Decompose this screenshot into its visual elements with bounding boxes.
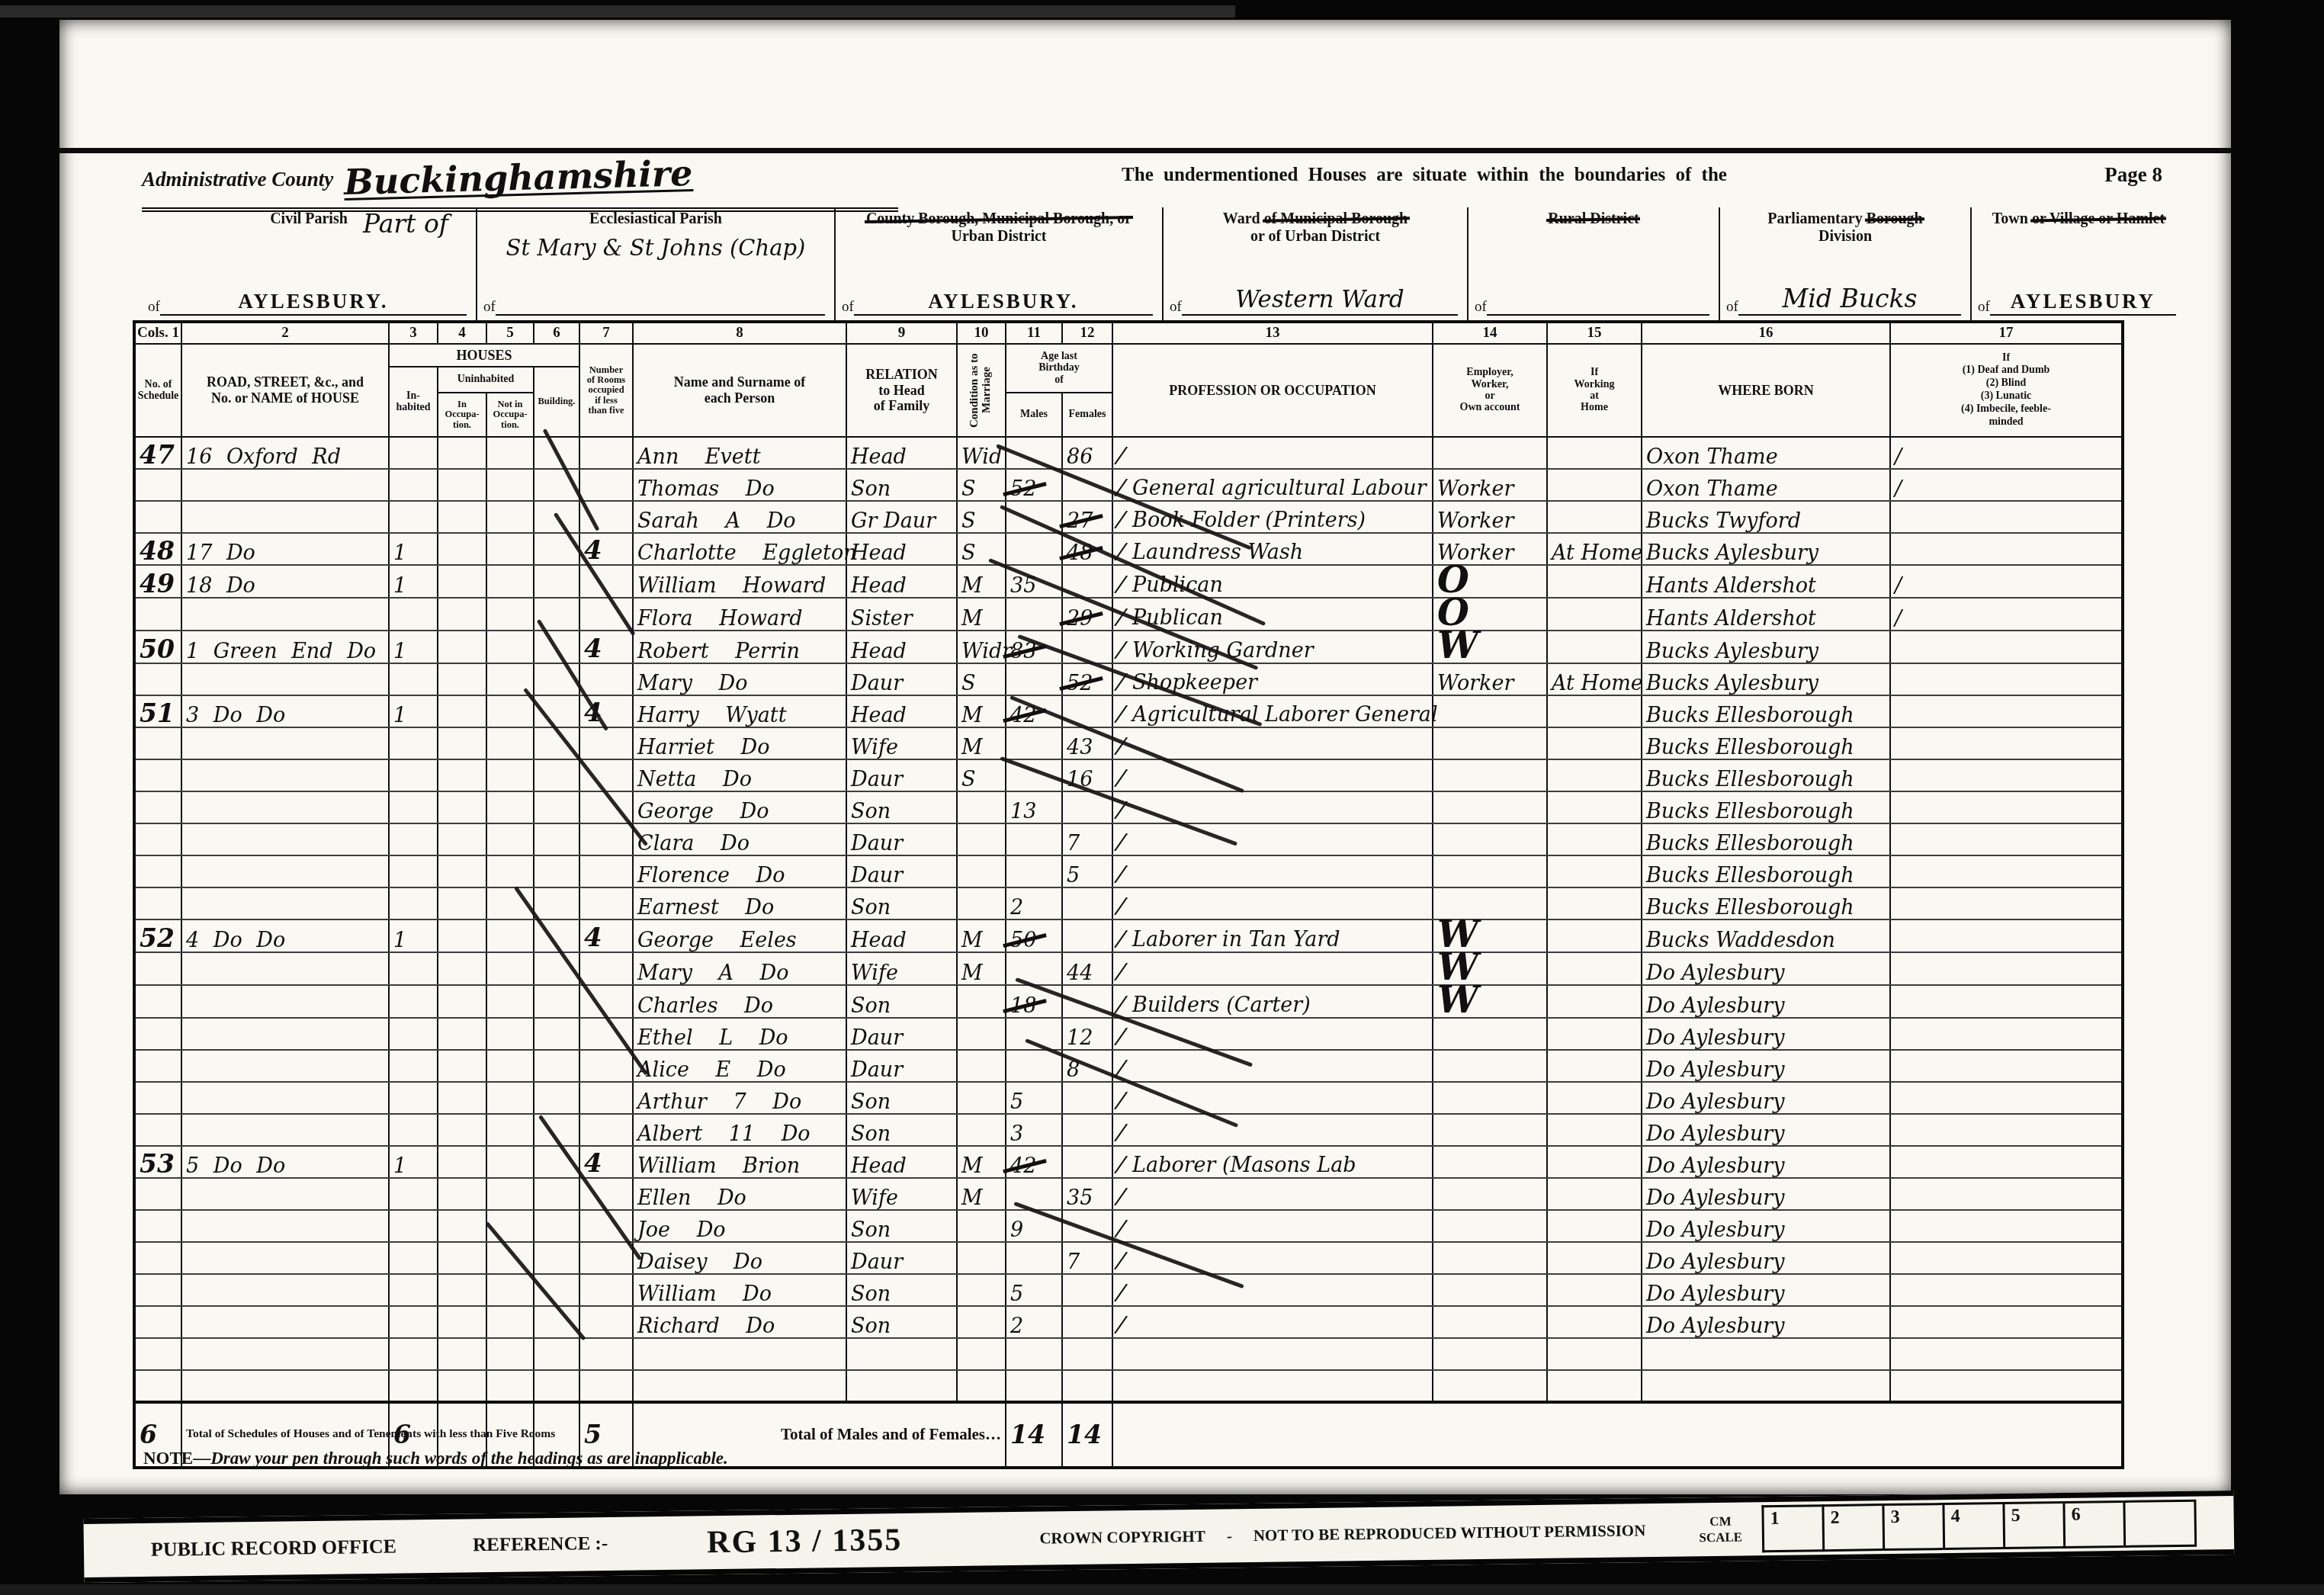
cell-age-male [1006, 1338, 1062, 1370]
cell-not-in-occupation [486, 919, 534, 952]
cell-name: William Howard [633, 565, 846, 598]
cell-infirmity: / [1890, 469, 2123, 501]
cell-where-born: Do Aylesbury [1642, 1114, 1890, 1146]
scale-mark: 6 [2062, 1500, 2123, 1548]
table-row-blank [134, 1370, 2123, 1402]
cell-inhabited [389, 791, 438, 823]
town-value: AYLESBURY [2011, 290, 2155, 313]
col-num: 15 [1547, 322, 1642, 344]
ward-label: Ward [1223, 210, 1260, 227]
cell-occupation: / [1112, 855, 1433, 887]
table-row: Arthur 7 DoSon5/Do Aylesbury [134, 1082, 2123, 1114]
cell-address: 17 Do [181, 533, 389, 565]
age-value: 3 [1010, 1122, 1023, 1146]
cell-inhabited [389, 1114, 438, 1146]
cell-infirmity [1890, 919, 2123, 952]
cell-schedule: 50 [134, 631, 181, 663]
cell-where-born: Do Aylesbury [1642, 1242, 1890, 1274]
cell-relation: Daur [846, 1242, 957, 1274]
of-label: of [483, 299, 496, 316]
cell-age-male [1006, 1050, 1062, 1082]
table-row: Netta DoDaurS16/Bucks Ellesborough [134, 759, 2123, 791]
cell-condition: Widr [957, 631, 1006, 663]
cell-infirmity [1890, 1082, 2123, 1114]
cell-condition: M [957, 695, 1006, 727]
cell-at-home [1547, 1082, 1642, 1114]
cell-in-occupation [438, 985, 486, 1018]
cell-at-home [1547, 1242, 1642, 1274]
cell-name: Thomas Do [633, 469, 846, 501]
col-num: 5 [486, 322, 534, 344]
header-females: Females [1062, 393, 1112, 437]
header-inhabited: In- habited [389, 367, 438, 437]
enumerator-tick: / [1115, 830, 1126, 854]
cell-address [181, 1242, 389, 1274]
cell-at-home [1547, 1274, 1642, 1306]
parliamentary-label: Parliamentary [1767, 210, 1862, 227]
cell-schedule [134, 1370, 181, 1402]
cell-where-born: Do Aylesbury [1642, 1018, 1890, 1050]
cell-building [534, 759, 579, 791]
table-row: William DoSon5/Do Aylesbury [134, 1274, 2123, 1306]
cell-at-home [1547, 1018, 1642, 1050]
header-at-home: If Working at Home [1547, 344, 1642, 437]
cell-at-home [1547, 1370, 1642, 1402]
cell-occupation: / [1112, 1306, 1433, 1338]
cell-not-in-occupation [486, 1338, 534, 1370]
cell-employer [1433, 1050, 1547, 1082]
cell-where-born: Hants Aldershot [1642, 565, 1890, 598]
cell-occupation [1112, 1370, 1433, 1402]
cell-rooms [579, 855, 633, 887]
cell-employer [1433, 1210, 1547, 1242]
cell-relation: Daur [846, 663, 957, 695]
enumerator-tick: / [1115, 927, 1126, 951]
cell-infirmity [1890, 1114, 2123, 1146]
of-label: of [1726, 299, 1738, 316]
age-value: 9 [1010, 1218, 1023, 1242]
cell-employer [1433, 1338, 1547, 1370]
cell-schedule: 47 [134, 437, 181, 469]
cell-where-born: Bucks Ellesborough [1642, 887, 1890, 919]
cell-in-occupation [438, 631, 486, 663]
cell-rooms [579, 952, 633, 985]
cell-not-in-occupation [486, 727, 534, 759]
cell-not-in-occupation [486, 952, 534, 985]
enumerator-tick: / [1115, 1089, 1126, 1112]
cell-in-occupation [438, 823, 486, 855]
cell-in-occupation [438, 1242, 486, 1274]
cell-infirmity [1890, 1242, 2123, 1274]
cell-age-female [1062, 1306, 1112, 1338]
cell-employer [1433, 1146, 1547, 1178]
cell-where-born: Hants Aldershot [1642, 598, 1890, 631]
cell-where-born: Do Aylesbury [1642, 1210, 1890, 1242]
cell-relation: Daur [846, 1018, 957, 1050]
cell-inhabited [389, 952, 438, 985]
of-label: of [842, 299, 854, 316]
cell-inhabited [389, 1082, 438, 1114]
cell-occupation: /Publican [1112, 598, 1433, 631]
cell-schedule [134, 1018, 181, 1050]
cell-where-born: Bucks Aylesbury [1642, 663, 1890, 695]
of-label: of [1170, 299, 1182, 316]
cell-age-female [1062, 1338, 1112, 1370]
cell-age-female: 7 [1062, 1242, 1112, 1274]
cell-schedule [134, 1178, 181, 1210]
cell-condition: M [957, 1178, 1006, 1210]
cell-not-in-occupation [486, 469, 534, 501]
cell-building [534, 1370, 579, 1402]
cell-relation: Gr Daur [846, 501, 957, 533]
table-row: Joe DoSon9/Do Aylesbury [134, 1210, 2123, 1242]
scale-mark: 3 [1883, 1503, 1944, 1551]
cell-condition [957, 1210, 1006, 1242]
cell-age-male: 42 [1006, 1146, 1062, 1178]
cell-infirmity [1890, 1178, 2123, 1210]
col-num: 16 [1642, 322, 1890, 344]
cell-employer [1433, 695, 1547, 727]
cell-schedule [134, 952, 181, 985]
cell-infirmity [1890, 759, 2123, 791]
archive-reference-strip: PUBLIC RECORD OFFICE REFERENCE :- RG 13 … [83, 1491, 2234, 1583]
cell-address [181, 1274, 389, 1306]
enumerator-tick: / [1115, 444, 1126, 467]
scale-mark: 4 [1943, 1502, 2004, 1550]
cell-relation: Head [846, 533, 957, 565]
cell-address: 5 Do Do [181, 1146, 389, 1178]
note-prefix: NOTE— [143, 1449, 210, 1468]
cell-occupation: / [1112, 887, 1433, 919]
age-value: 86 [1067, 445, 1093, 469]
cell-employer: Worker [1433, 501, 1547, 533]
cell-in-occupation [438, 952, 486, 985]
cell-at-home [1547, 823, 1642, 855]
cell-employer: Worker [1433, 469, 1547, 501]
cell-inhabited: 1 [389, 631, 438, 663]
cell-where-born: Bucks Ellesborough [1642, 791, 1890, 823]
cell-age-female: 27 [1062, 501, 1112, 533]
cell-condition [957, 985, 1006, 1018]
civil-parish-value: AYLESBURY. [238, 290, 388, 313]
cell-at-home [1547, 791, 1642, 823]
table-row: Alice E DoDaur8/Do Aylesbury [134, 1050, 2123, 1082]
cell-at-home [1547, 1210, 1642, 1242]
cell-rooms: 4 [579, 1146, 633, 1178]
cell-name: Alice E Do [633, 1050, 846, 1082]
cell-not-in-occupation [486, 759, 534, 791]
cell-address [181, 1306, 389, 1338]
cell-building [534, 887, 579, 919]
cell-occupation: /Laundress Wash [1112, 533, 1433, 565]
cell-inhabited [389, 1210, 438, 1242]
cell-condition: S [957, 469, 1006, 501]
cell-condition [957, 1114, 1006, 1146]
cell-not-in-occupation [486, 1018, 534, 1050]
cell-schedule [134, 823, 181, 855]
cell-building [534, 1338, 579, 1370]
cell-schedule [134, 1082, 181, 1114]
cell-infirmity [1890, 631, 2123, 663]
cell-rooms [579, 598, 633, 631]
cell-age-male: 5 [1006, 1274, 1062, 1306]
cell-age-female [1062, 631, 1112, 663]
cell-inhabited [389, 501, 438, 533]
cell-name: Albert 11 Do [633, 1114, 846, 1146]
census-table: Cols. 1 2 3 4 5 6 7 8 9 10 11 12 13 14 1… [133, 320, 2124, 1469]
cell-name: Charles Do [633, 985, 846, 1018]
cell-rooms [579, 501, 633, 533]
enumerator-tick: / [1115, 1025, 1126, 1048]
cell-address [181, 823, 389, 855]
cell-name: Harry Wyatt [633, 695, 846, 727]
cell-in-occupation [438, 855, 486, 887]
cell-schedule [134, 759, 181, 791]
age-value: 42 [1010, 1156, 1036, 1176]
cell-address [181, 1082, 389, 1114]
cell-condition: M [957, 919, 1006, 952]
age-value: 12 [1067, 1026, 1093, 1050]
cell-name: Richard Do [633, 1306, 846, 1338]
cell-age-female: 7 [1062, 823, 1112, 855]
struck-rural-district: Rural District [1548, 210, 1639, 227]
cell-name: Ellen Do [633, 1178, 846, 1210]
cell-address [181, 759, 389, 791]
cell-name: Harriet Do [633, 727, 846, 759]
cell-inhabited [389, 1018, 438, 1050]
civil-parish-label: Civil Parish [270, 210, 348, 227]
cell-not-in-occupation [486, 1114, 534, 1146]
cell-address [181, 663, 389, 695]
cell-relation: Wife [846, 952, 957, 985]
header-uninhabited: Uninhabited [438, 367, 534, 393]
cell-where-born: Oxon Thame [1642, 469, 1890, 501]
cell-age-male [1006, 855, 1062, 887]
cell-condition: S [957, 533, 1006, 565]
cell-age-female [1062, 887, 1112, 919]
cell-relation: Son [846, 985, 957, 1018]
cell-schedule [134, 1114, 181, 1146]
cell-schedule [134, 727, 181, 759]
cell-where-born: Bucks Twyford [1642, 501, 1890, 533]
cell-building [534, 1242, 579, 1274]
cell-in-occupation [438, 437, 486, 469]
cell-in-occupation [438, 663, 486, 695]
cell-employer [1433, 759, 1547, 791]
reference-number: RG 13 / 1355 [707, 1522, 903, 1561]
table-row: George DoSon13/Bucks Ellesborough [134, 791, 2123, 823]
cell-building [534, 1178, 579, 1210]
cell-inhabited: 1 [389, 565, 438, 598]
header-age-group: Age last Birthday of [1006, 344, 1112, 393]
cell-not-in-occupation [486, 533, 534, 565]
age-value: 44 [1067, 961, 1093, 985]
cell-age-female [1062, 1114, 1112, 1146]
cell-inhabited [389, 985, 438, 1018]
cell-age-female [1062, 1146, 1112, 1178]
cell-rooms [579, 1370, 633, 1402]
cell-age-male [1006, 727, 1062, 759]
age-value: 13 [1010, 800, 1036, 823]
struck-borough: Borough [1867, 210, 1923, 227]
cell-schedule: 51 [134, 695, 181, 727]
scale-mark-empty [2123, 1500, 2197, 1548]
cell-employer [1433, 727, 1547, 759]
cell-inhabited: 1 [389, 1146, 438, 1178]
col-num: 3 [389, 322, 438, 344]
cell-at-home [1547, 1338, 1642, 1370]
cell-age-female: 5 [1062, 855, 1112, 887]
cell-age-female: 43 [1062, 727, 1112, 759]
cell-building [534, 1050, 579, 1082]
cell-employer: W [1433, 985, 1547, 1018]
cell-in-occupation [438, 565, 486, 598]
cell-condition [957, 1274, 1006, 1306]
cell-occupation: / [1112, 1210, 1433, 1242]
cell-relation: Head [846, 565, 957, 598]
cell-not-in-occupation [486, 501, 534, 533]
cell-address [181, 1114, 389, 1146]
cell-where-born: Oxon Thame [1642, 437, 1890, 469]
cell-inhabited [389, 823, 438, 855]
cell-not-in-occupation [486, 1050, 534, 1082]
cell-not-in-occupation [486, 1370, 534, 1402]
cell-age-male: 9 [1006, 1210, 1062, 1242]
cell-occupation: /Laborer in Tan Yard [1112, 919, 1433, 952]
cell-building [534, 565, 579, 598]
cell-schedule [134, 1338, 181, 1370]
cell-condition [957, 1050, 1006, 1082]
cell-infirmity: / [1890, 598, 2123, 631]
cell-in-occupation [438, 1210, 486, 1242]
table-row: Charles DoSon18/Builders (Carter)WDo Ayl… [134, 985, 2123, 1018]
cell-not-in-occupation [486, 631, 534, 663]
cell-infirmity [1890, 855, 2123, 887]
cell-address [181, 985, 389, 1018]
of-label: of [1475, 299, 1487, 316]
cm-scale-ruler: 1 2 3 4 5 6 [1762, 1500, 2197, 1552]
cell-infirmity [1890, 727, 2123, 759]
cell-age-female: 12 [1062, 1018, 1112, 1050]
civil-parish-handwritten: Part of [363, 209, 476, 239]
struck-borough-words: County Borough, Municipal Borough, or [866, 210, 1132, 227]
enumerator-tick: / [1115, 638, 1126, 662]
cell-relation: Son [846, 1082, 957, 1114]
table-row: Ethel L DoDaur12/Do Aylesbury [134, 1018, 2123, 1050]
age-value: 43 [1067, 736, 1093, 759]
ecclesiastical-parish-handwritten: St Mary & St Johns (Chap) [477, 235, 834, 261]
cell-relation: Sister [846, 598, 957, 631]
cell-address [181, 1210, 389, 1242]
cell-in-occupation [438, 695, 486, 727]
cell-rooms [579, 1050, 633, 1082]
cell-condition [957, 1242, 1006, 1274]
ecclesiastical-parish-label: Ecclesiastical Parish [589, 210, 722, 227]
age-value: 2 [1010, 896, 1023, 919]
cell-building [534, 823, 579, 855]
cell-condition: M [957, 952, 1006, 985]
cell-at-home [1547, 985, 1642, 1018]
age-value: 5 [1010, 1090, 1023, 1114]
table-row: Earnest DoSon2/Bucks Ellesborough [134, 887, 2123, 919]
town-label: Town [1992, 210, 2028, 227]
table-row: Mary DoDaurS52/ShopkeeperWorkerAt HomeBu… [134, 663, 2123, 695]
cell-condition: Wid [957, 437, 1006, 469]
cell-name: Flora Howard [633, 598, 846, 631]
cell-rooms [579, 759, 633, 791]
cell-rooms [579, 469, 633, 501]
cell-not-in-occupation [486, 565, 534, 598]
cell-occupation: /Agricultural Laborer General [1112, 695, 1433, 727]
cell-infirmity [1890, 952, 2123, 985]
header-not-in-occupation: Not in Occupa- tion. [486, 393, 534, 437]
cell-infirmity [1890, 1050, 2123, 1082]
cell-name: Arthur 7 Do [633, 1082, 846, 1114]
cell-condition [957, 855, 1006, 887]
table-row: Clara DoDaur7/Bucks Ellesborough [134, 823, 2123, 855]
cell-name: Sarah A Do [633, 501, 846, 533]
header-infirmity: If (1) Deaf and Dumb (2) Blind (3) Lunat… [1890, 344, 2123, 437]
cell-condition [957, 823, 1006, 855]
note-text: Draw your pen through such words of the … [210, 1449, 728, 1468]
of-label: of [148, 299, 160, 316]
cell-at-home [1547, 437, 1642, 469]
cell-rooms: 4 [579, 631, 633, 663]
cell-name: George Do [633, 791, 846, 823]
cell-in-occupation [438, 1306, 486, 1338]
cell-not-in-occupation [486, 1210, 534, 1242]
cell-where-born: Do Aylesbury [1642, 985, 1890, 1018]
age-value: 7 [1067, 832, 1080, 855]
cell-infirmity [1890, 887, 2123, 919]
header-in-occupation: In Occupa- tion. [438, 393, 486, 437]
table-row: 4817 Do14Charlotte EggletonHeadS48/Laund… [134, 533, 2123, 565]
division-label: Division [1818, 228, 1872, 245]
header-profession: PROFESSION OR OCCUPATION [1112, 344, 1433, 437]
cell-in-occupation [438, 501, 486, 533]
col-num: 8 [633, 322, 846, 344]
enumerator-tick: / [1115, 1121, 1126, 1144]
cell-at-home [1547, 695, 1642, 727]
cell-at-home [1547, 1306, 1642, 1338]
cell-employer: Worker [1433, 663, 1547, 695]
table-row: Mary A DoWifeM44/WDo Aylesbury [134, 952, 2123, 985]
cell-employer [1433, 1018, 1547, 1050]
cell-condition: S [957, 759, 1006, 791]
cell-address [181, 1178, 389, 1210]
cell-relation: Wife [846, 1178, 957, 1210]
cell-in-occupation [438, 759, 486, 791]
header-houses-group: HOUSES [389, 344, 579, 367]
cell-name: Robert Perrin [633, 631, 846, 663]
table-row: 4716 Oxford RdAnn EvettHeadWid86/Oxon Th… [134, 437, 2123, 469]
cell-in-occupation [438, 1338, 486, 1370]
cell-building [534, 855, 579, 887]
cell-not-in-occupation [486, 985, 534, 1018]
cell-age-male: 2 [1006, 1306, 1062, 1338]
cell-rooms [579, 1082, 633, 1114]
cell-at-home: At Home [1547, 533, 1642, 565]
cell-schedule [134, 791, 181, 823]
parliamentary-handwritten: Mid Bucks [1782, 284, 1917, 313]
cell-age-male [1006, 952, 1062, 985]
age-value: 5 [1067, 864, 1080, 887]
col-num: Cols. 1 [134, 322, 181, 344]
table-row: Florence DoDaur5/Bucks Ellesborough [134, 855, 2123, 887]
cell-age-male: 18 [1006, 985, 1062, 1018]
enumerator-tick: / [1115, 508, 1126, 531]
cell-in-occupation [438, 469, 486, 501]
